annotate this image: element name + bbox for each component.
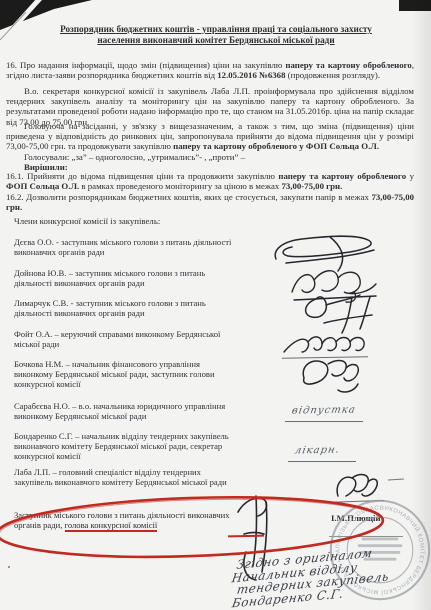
p16-bold-goods: паперу та картону обробленого [285,60,411,70]
d161-bold-goods: паперу та картону обробленого [278,171,406,181]
note-vacation: відпустка [291,404,357,416]
note-line-sarabieieva [285,421,363,422]
d162-text: 16.2. Дозволити розпорядникам бюджетних … [6,192,371,202]
decision-16-2: 16.2. Дозволити розпорядникам бюджетних … [6,192,414,213]
member-laba: Лаба Л.П. – головний спеціаліст відділу … [14,467,234,487]
p16-text: 16. Про надання інформації, щодо змін (п… [6,60,285,70]
member-deeva: Дєєва О.О. - заступник міського голови з… [14,237,234,257]
members-heading: Члени конкурсної комісії із закупівель: [14,216,160,226]
final-signer-role: Заступник міського голови з питань діяль… [14,510,246,531]
member-sarabieieva: Сарабєєва Н.О. – в.о. начальника юридичн… [14,401,234,421]
red-ink-speck [8,566,10,568]
final-role-underlined: голова конкурсної комісії [65,520,158,532]
scanned-document-page: Розпорядник бюджетних коштів - управлінн… [0,0,431,610]
voting-line: Голосували: „за” – одноголосно, „утримал… [6,152,414,162]
d161-bold-supplier: ФОП Сольца О.Л. [6,181,79,191]
document-title: Розпорядник бюджетних коштів - управлінн… [20,24,412,46]
note-sick-leave: лікарн. [294,445,341,457]
paragraph-chairwoman: Головуюча на засіданні, у зв'язку з вище… [6,121,414,152]
member-bochkova: Бочкова Н.М. – начальник фінансового упр… [14,359,234,390]
d161-text-mid: у [406,171,414,181]
note-line-bondarenko [288,461,356,462]
d161-text-mid2: в рамках проведеного моніторингу за ціно… [79,181,281,191]
member-bondarenko: Бондаренко С.Г. – начальник відділу тенд… [14,431,234,462]
signature-bochkova [292,354,374,398]
chairwoman-bold-supplier: паперу та картону обробленого у ФОП Соль… [173,141,379,151]
document-title-line2: населення виконавчий комітет Бердянської… [97,35,334,45]
member-doinova: Дойнова Ю.В. – заступник міського голови… [14,268,234,288]
p16-text-post: (продовження розгляду). [285,70,380,80]
member-lymarchuk: Лимарчук С.В. - заступник міського голов… [14,298,234,318]
pen-dash-mark [388,478,404,482]
d161-bold-price: 73,00-75,00 грн. [281,181,342,191]
paragraph-item-16: 16. Про надання інформації, щодо змін (п… [6,60,414,81]
d161-text: 16.1. Прийняти до відома підвищення ціни… [6,171,278,181]
decision-16-1: 16.1. Прийняти до відома підвищення ціни… [6,171,414,192]
document-title-line1: Розпорядник бюджетних коштів - управлінн… [60,24,372,34]
member-foit: Фойт О.А. – керуючий справами виконкому … [14,329,234,349]
p16-bold-ref: 12.05.2016 №6368 [217,70,285,80]
